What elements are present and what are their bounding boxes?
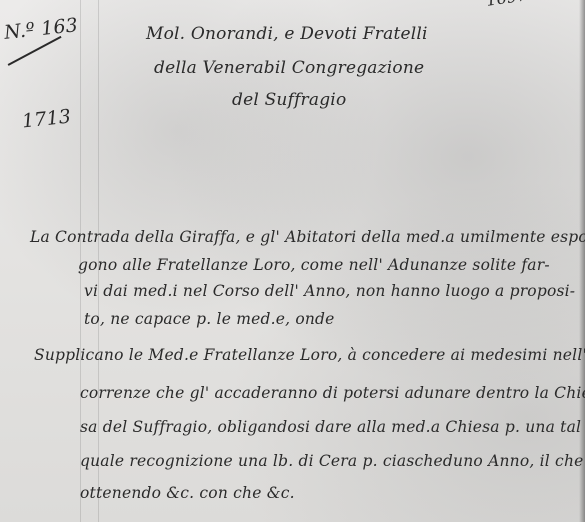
address-line-1: Mol. Onorandi, e Devoti Fratelli: [146, 24, 428, 44]
body-line-5: Supplicano le Med.e Fratellanze Loro, à …: [34, 346, 585, 364]
address-line-3: del Suffragio: [232, 90, 346, 110]
body-line-6: correnze che gl' accaderanno di potersi …: [80, 384, 585, 402]
body-line-4: to, ne capace p. le med.e, onde: [84, 310, 335, 328]
body-line-8: quale recognizione una lb. di Cera p. ci…: [80, 452, 584, 470]
body-line-3: vi dai med.i nel Corso dell' Anno, non h…: [84, 282, 575, 300]
address-line-2: della Venerabil Congregazione: [154, 58, 424, 78]
document-year: 1713: [21, 105, 72, 132]
body-line-7: sa del Suffragio, obligandosi dare alla …: [80, 418, 581, 436]
paper-edge-shadow: [579, 0, 585, 522]
manuscript-page: 1697 N.º 163 1713 Mol. Onorandi, e Devot…: [0, 0, 585, 522]
reference-number: N.º 163: [3, 14, 79, 44]
corner-mark: 1697: [485, 0, 529, 10]
body-line-2: gono alle Fratellanze Loro, come nell' A…: [78, 256, 550, 274]
body-line-9: ottenendo &c. con che &c.: [80, 484, 295, 502]
body-line-1: La Contrada della Giraffa, e gl' Abitato…: [30, 228, 585, 246]
